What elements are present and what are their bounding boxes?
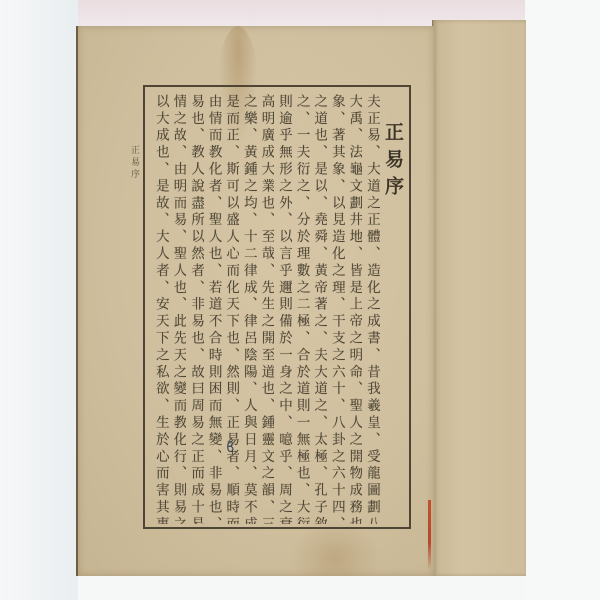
running-title: 正易序 xyxy=(128,145,141,181)
background-right-margin xyxy=(525,0,600,600)
text-column: 象、著其象、以見造化之理、干支之六十、八卦之六十四、皆所以順性命之理、盡變化 xyxy=(327,94,345,524)
right-page-edge xyxy=(432,20,526,576)
text-column: 高明廣成大業也、至哉、先生之開至道也、鍾靈文之韻、三變而易、衍先王 xyxy=(257,94,275,524)
text-column: 是而正、斯可以盛人心而化天下也、然則、正易者、順時而變易者、人情也、 xyxy=(222,94,240,524)
text-column: 夫正易、大道之正體、造化之成書、昔我羲皇、受龍圖劃八卦、黃帝、觀天象作甲子、 xyxy=(362,94,380,524)
text-column: 之道也、是以、堯舜、黃帝著之、夫大道之、太極、孔子敘之、程朱闡之、無極、遂論制 xyxy=(310,94,328,524)
text-column: 情之故、由明而易、聖人也、此先天之變而教化行、則易之得正而合三才 xyxy=(169,94,187,524)
text-column: 之、一夫衍之、分於理數之二極、合於道則一無極也、大衍、無極之爲道也、以言乎遠 xyxy=(292,94,310,524)
text-column: 則逾乎無形之外、以言乎邇則備於一身之中、噫乎、周之衰、典謨之文之缺、於是此、所以… xyxy=(274,94,292,524)
ink-blot-mark: ϐ xyxy=(226,440,240,456)
text-column: 易也、教人說盡所以然者、非易也、故曰周易之正而成十易萬世之常也、通世 xyxy=(186,94,204,524)
text-column: 之樂、黃鍾之均、十二律成、律呂陰陽、人與日月、莫不成變、法度、典章文物、由 xyxy=(239,94,257,524)
page-title: 正易序 xyxy=(384,122,406,203)
background-left-margin xyxy=(0,0,78,600)
text-column: 由情而教化者、聖人也、若道不合時則困而無變、非易也、行不逐世則困而不通、非 xyxy=(204,94,222,524)
spine-red-edge xyxy=(428,500,431,570)
text-column: 以大成也、是故、大人者、安天下之私欲、生於心而害其事、知天下之性命、同於己而 xyxy=(151,94,169,524)
text-column: 大禹、法龜文劃井地、皆是上帝之明命、聖人之開物成務也、故極其數、以定造化之 xyxy=(345,94,363,524)
text-columns: 夫正易、大道之正體、造化之成書、昔我羲皇、受龍圖劃八卦、黃帝、觀天象作甲子、 大… xyxy=(150,94,380,524)
